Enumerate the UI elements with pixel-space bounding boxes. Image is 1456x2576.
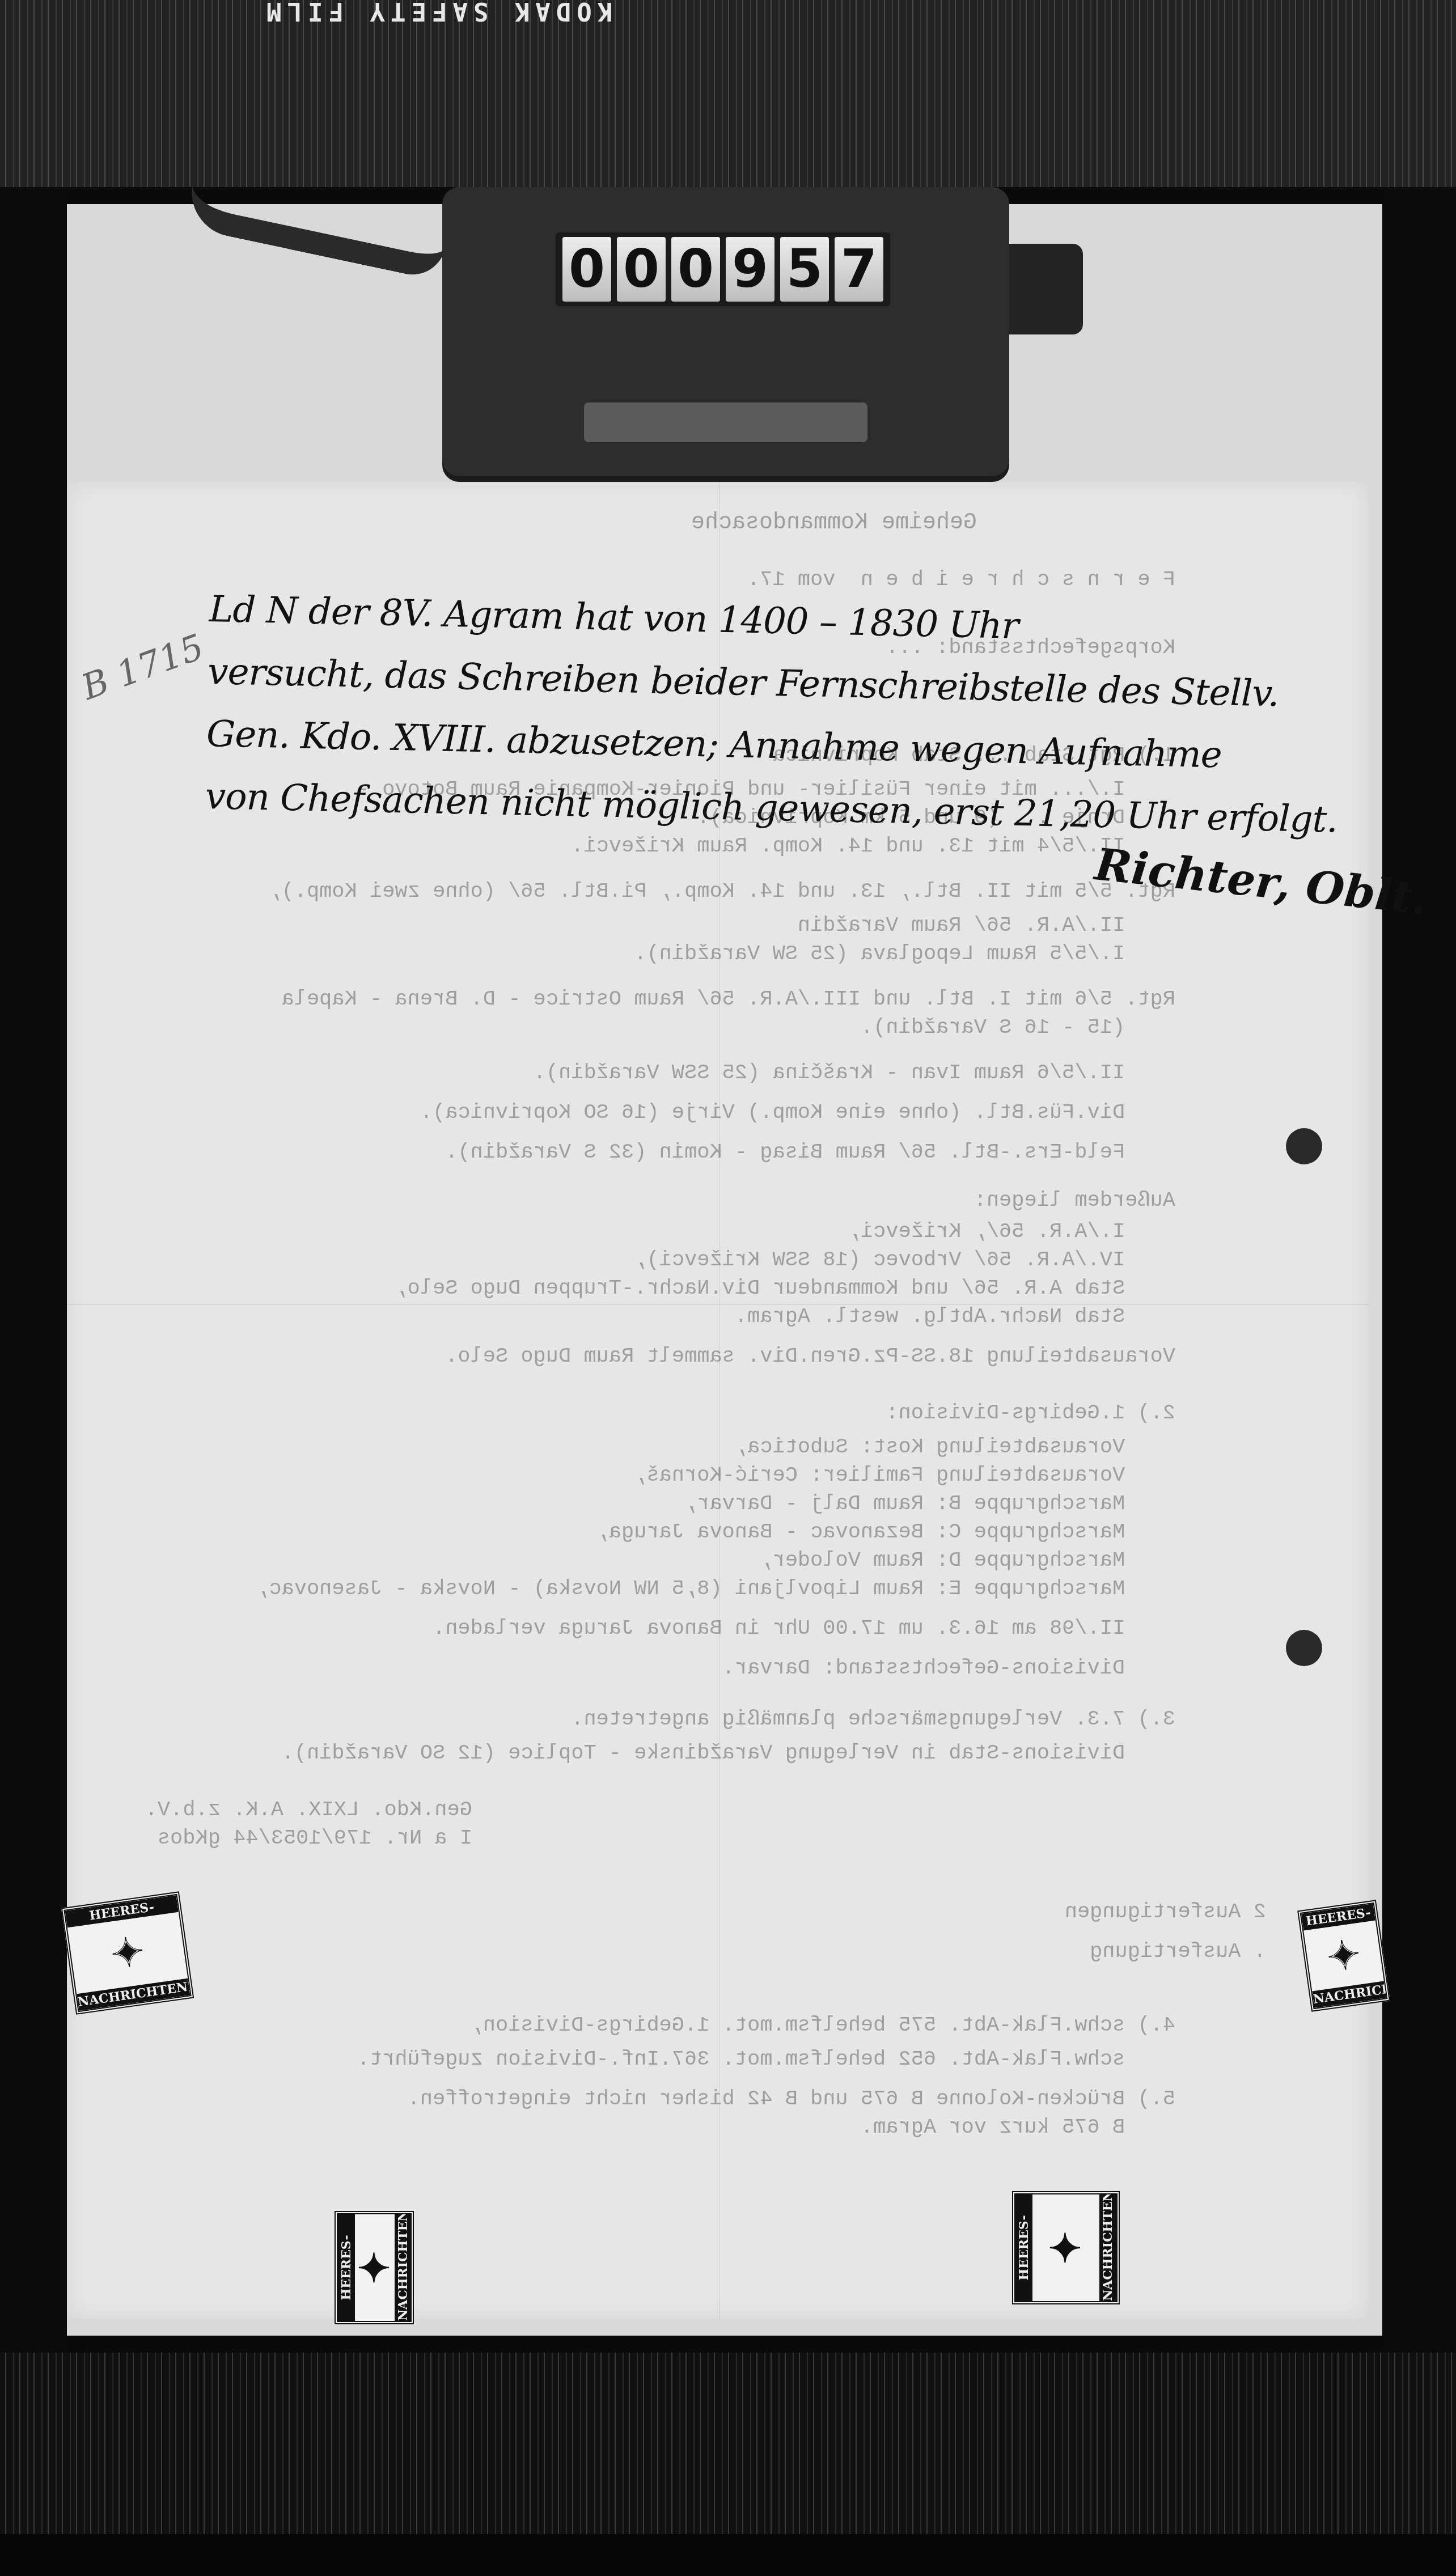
counter-knob: [998, 244, 1083, 334]
stamp-top-text: HEERES-: [1015, 2194, 1032, 2301]
postage-stamp: HEERES- ✦ NACHRICHTENDIENST: [335, 2211, 414, 2324]
handwritten-note: Ld N der 8V. Agram hat von 1400 – 1830 U…: [205, 578, 1372, 852]
eagle-emblem-icon: ✦: [355, 2251, 395, 2285]
stamp-bottom-text: NACHRICHTENDIENST: [395, 2214, 412, 2321]
typed-line: Rgt. 5/6 mit I. Btl. und III./A.R. 56/ R…: [282, 986, 1175, 1012]
stamp-bottom-text: NACHRICHTENDIENST: [1099, 2194, 1116, 2301]
film-edge-print: KODAK SAFETY FILM: [261, 0, 612, 26]
typed-line: Marschgruppe B: Raum Dalj - Darvar,: [684, 1491, 1175, 1517]
counter-nameplate: [584, 402, 867, 442]
eagle-emblem-icon: ✦: [1324, 1934, 1363, 1977]
counter-digit: 0: [562, 237, 611, 302]
postage-stamp: HEERES- ✦ NACHRICHTENDIENST: [1012, 2191, 1120, 2304]
typed-line: 2 Ausfertigungen: [1065, 1899, 1266, 1925]
typed-line: I./A.R. 56/, Križevci,: [848, 1219, 1175, 1245]
counter-window: 0 0 0 9 5 7: [556, 232, 890, 306]
typed-line: Marschgruppe D: Raum Voloder,: [760, 1548, 1175, 1574]
eagle-emblem-icon: ✦: [1046, 2231, 1086, 2265]
counter-digit: 0: [617, 237, 666, 302]
typed-line: Gen.Kdo. LXIX. A.K. z.b.V.: [145, 1797, 472, 1823]
postage-stamp: HEERES- ✦ NACHRICHTENDIENST: [1297, 1900, 1390, 2012]
typed-line: Marschgruppe C: Bezanovac - Banova Jarug…: [596, 1519, 1175, 1545]
typed-line: B 675 kurz vor Agram.: [861, 2115, 1175, 2141]
counter-digit: 7: [835, 237, 883, 302]
typed-line: schw.Flak-Abt. 652 behelfsm.mot. 367.Inf…: [357, 2047, 1175, 2073]
typed-line: Stab Nachr.Abtlg. westl. Agram.: [735, 1304, 1175, 1330]
counter-digit: 0: [671, 237, 720, 302]
typed-line: Vorausabteilung Familier: Cerić-Kornaš,: [634, 1463, 1175, 1489]
eagle-emblem-icon: ✦: [108, 1931, 147, 1975]
typed-line: Vorausabteilung 18.SS-Pz.Gren.Div. samme…: [445, 1344, 1175, 1370]
counter-digit: 5: [780, 237, 829, 302]
typed-line: II./5/6 Raum Ivan - Kraščina (25 SSW Var…: [534, 1060, 1175, 1086]
typed-line: 5.) Brücken-Kolonne B 675 und B 42 bishe…: [408, 2086, 1175, 2112]
typed-line: Feld-Ers.-Btl. 56/ Raum Bisag - Komin (3…: [445, 1139, 1175, 1166]
typed-line: Divisions-Stab in Verlegung Varaždinske …: [282, 1740, 1175, 1766]
film-border-right: [1383, 187, 1456, 2353]
typed-line: 2.) 1.Gebirgs-Division:: [886, 1400, 1175, 1426]
film-edge: [0, 2534, 1456, 2576]
typed-line: Marschgruppe E: Raum Lipovljani (8,5 NW …: [256, 1576, 1175, 1602]
typed-line: 3.) 7.3. Verlegungsmärsche planmäßig ang…: [571, 1706, 1175, 1732]
film-strip-bottom: [0, 2353, 1456, 2534]
typed-line: I./5/5 Raum Lepoglava (25 SW Varaždin).: [634, 941, 1175, 967]
punch-hole: [1286, 1128, 1322, 1164]
typed-line: . Ausfertigung: [1090, 1939, 1266, 1965]
typed-line: Stab A.R. 56/ und Kommandeur Div.Nachr.-…: [395, 1276, 1175, 1302]
typed-line: IV./A.R. 56/ Vrbovec (18 SSW Križevci),: [634, 1247, 1175, 1273]
typed-line: F e r n s c h r e i b e n vom 17.: [747, 567, 1175, 593]
typed-line: II./A.R. 56/ Raum Varaždin: [798, 913, 1175, 939]
typed-line: II./98 am 16.3. um 17.00 Uhr in Banova J…: [433, 1616, 1175, 1642]
typed-line: 4.) schw.Flak-Abt. 575 behelfsm.mot. 1.G…: [471, 2012, 1175, 2039]
typed-header: Geheime Kommandosache: [691, 510, 977, 536]
film-border-left: [0, 187, 68, 2353]
frame-counter: 0 0 0 9 5 7: [442, 187, 1009, 476]
typed-line: Rgt. 5/5 mit II. Btl., 13. und 14. Komp.…: [269, 879, 1175, 905]
postage-stamp: HEERES- ✦ NACHRICHTENDIENST: [61, 1891, 194, 2014]
typed-line: I a Nr. 179/1053/44 gKdos: [158, 1825, 472, 1851]
typed-line: (15 - 16 S Varaždin).: [861, 1015, 1175, 1041]
typed-line: Divisions-Gefechtsstand: Darvar.: [722, 1655, 1175, 1681]
counter-digit: 9: [726, 237, 774, 302]
typed-line: Vorausabteilung Kost: Subotica,: [735, 1434, 1175, 1460]
punch-hole: [1286, 1630, 1322, 1666]
typed-line: Außerdem liegen:: [974, 1188, 1175, 1214]
typed-line: Div.Füs.Btl. (ohne eine Komp.) Virje (16…: [420, 1100, 1175, 1126]
